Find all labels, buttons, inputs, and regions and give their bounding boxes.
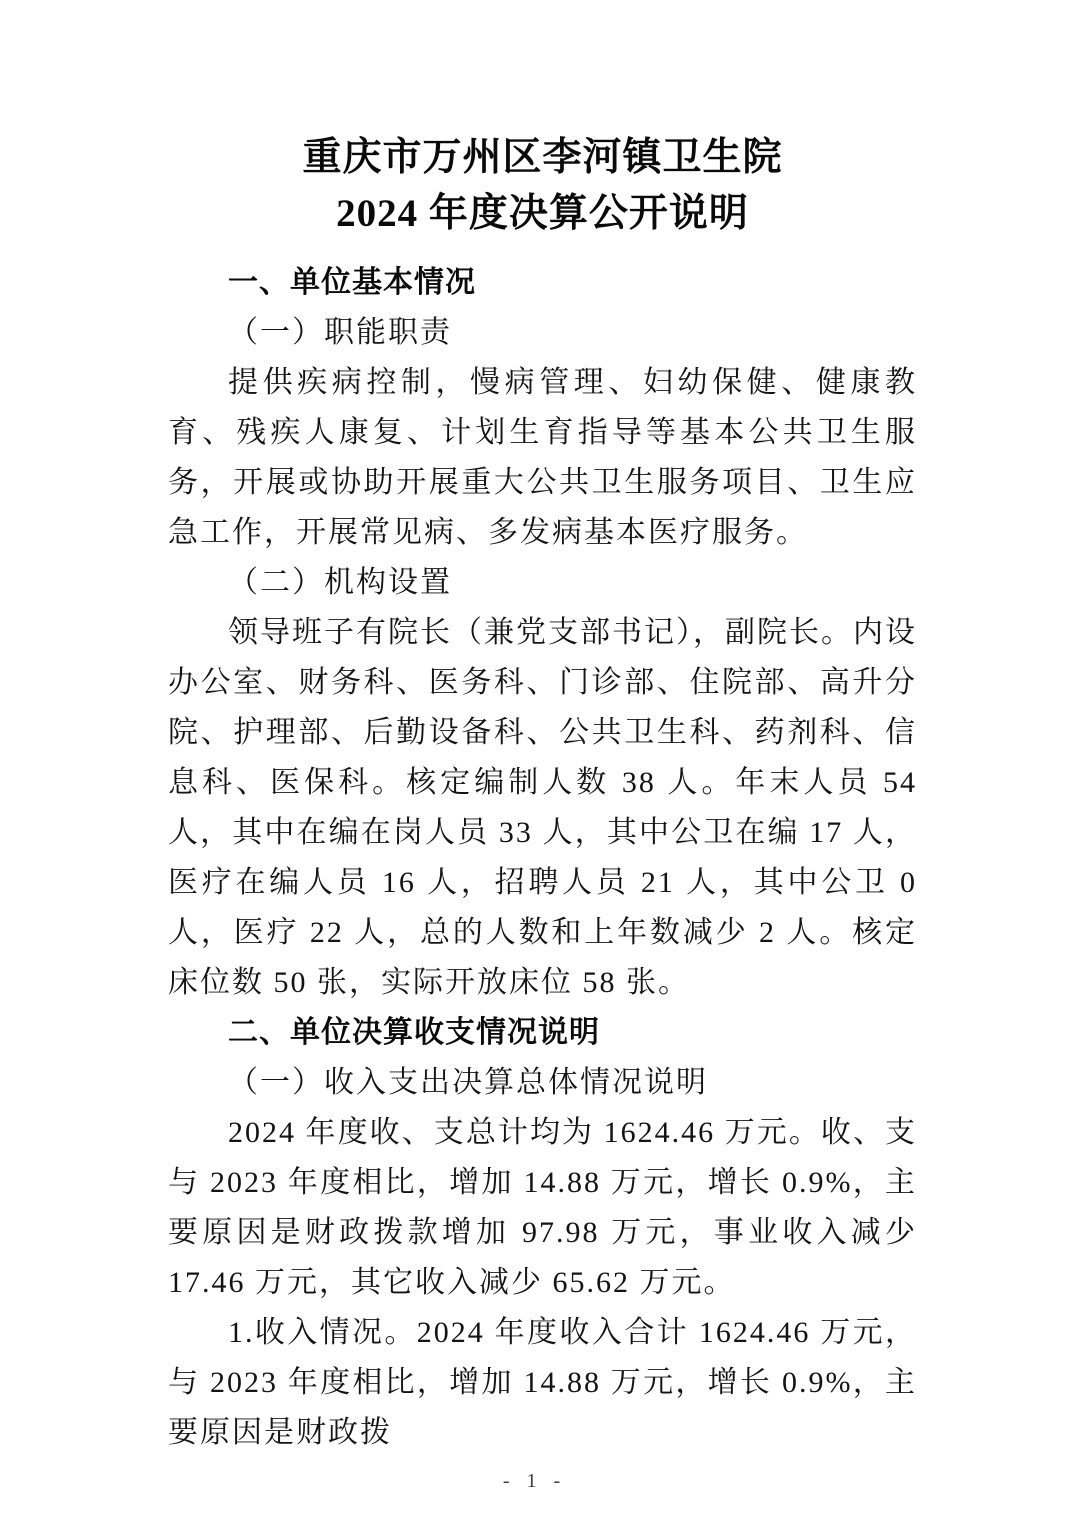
document-body: 一、单位基本情况 （一）职能职责 提供疾病控制，慢病管理、妇幼保健、健康教育、残…: [168, 258, 917, 1458]
subheading-functions-duties: （一）职能职责: [168, 308, 917, 358]
section-heading-final-accounts: 二、单位决算收支情况说明: [168, 1008, 917, 1058]
document-title-line2: 2024 年度决算公开说明: [168, 186, 917, 242]
document-page: 重庆市万州区李河镇卫生院 2024 年度决算公开说明 一、单位基本情况 （一）职…: [0, 0, 1069, 1515]
subheading-revenue-expenditure-overview: （一）收入支出决算总体情况说明: [168, 1058, 917, 1108]
paragraph-functions-duties: 提供疾病控制，慢病管理、妇幼保健、健康教育、残疾人康复、计划生育指导等基本公共卫…: [168, 358, 917, 558]
paragraph-revenue-expenditure-total: 2024 年度收、支总计均为 1624.46 万元。收、支与 2023 年度相比…: [168, 1108, 917, 1308]
subheading-organization-setup: （二）机构设置: [168, 558, 917, 608]
paragraph-organization-setup: 领导班子有院长（兼党支部书记），副院长。内设办公室、财务科、医务科、门诊部、住院…: [168, 608, 917, 1008]
section-heading-unit-basic-info: 一、单位基本情况: [168, 258, 917, 308]
document-title-line1: 重庆市万州区李河镇卫生院: [168, 130, 917, 186]
paragraph-revenue-situation: 1.收入情况。2024 年度收入合计 1624.46 万元，与 2023 年度相…: [168, 1308, 917, 1458]
page-number: - 1 -: [0, 1470, 1069, 1493]
